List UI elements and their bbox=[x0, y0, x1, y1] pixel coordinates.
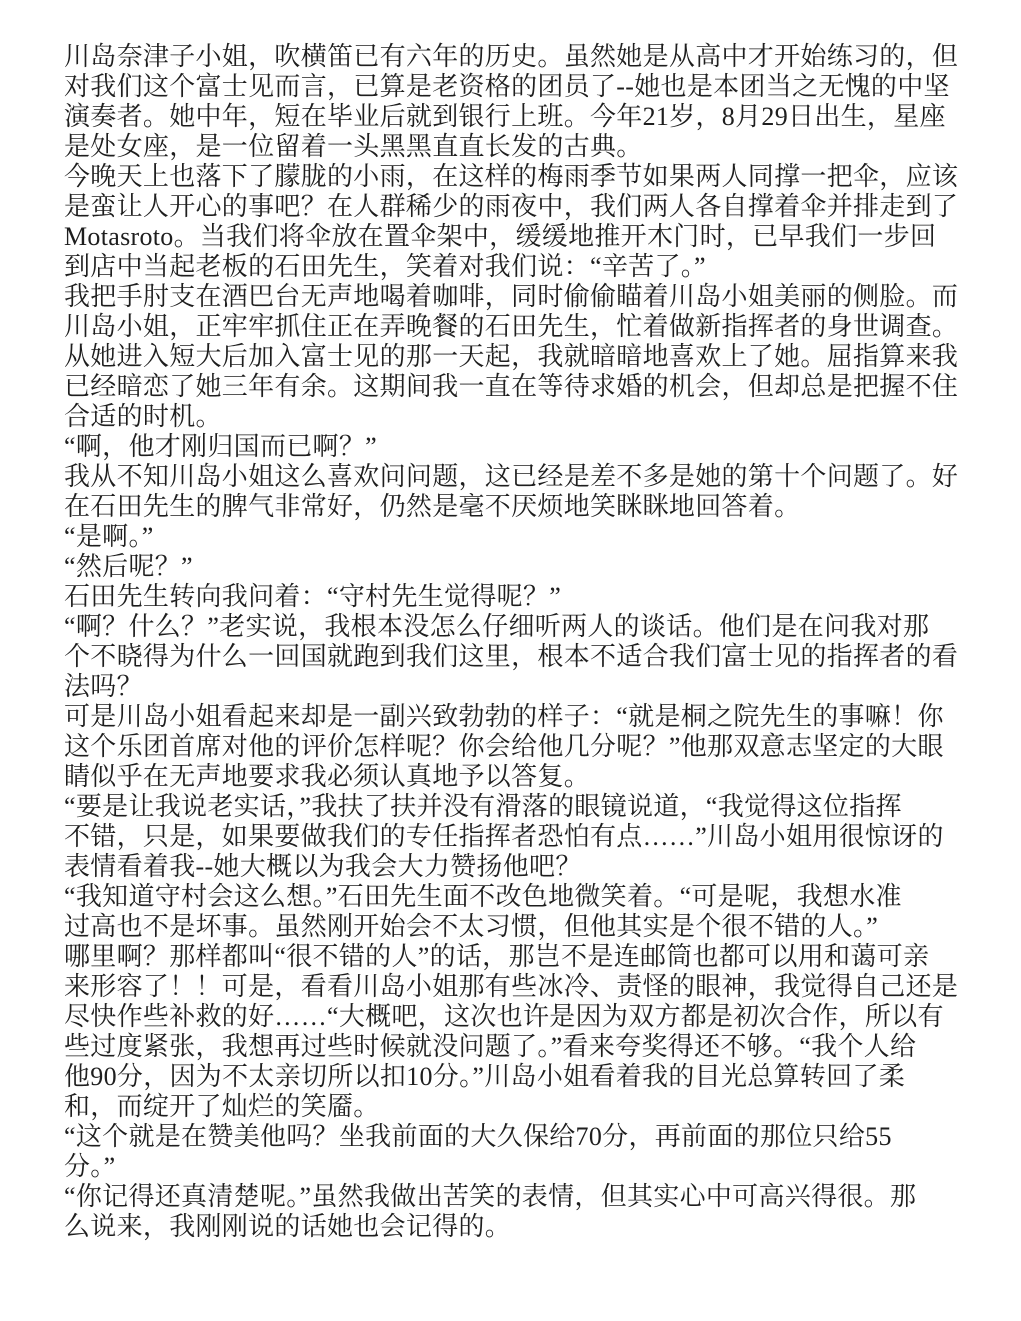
text-line: 在石田先生的脾气非常好，仍然是毫不厌烦地笑眯眯地回答着。 bbox=[64, 492, 963, 522]
text-line: 和，而绽开了灿烂的笑靥。 bbox=[64, 1092, 963, 1122]
text-line: 表情看着我--她大概以为我会大力赞扬他吧？ bbox=[64, 852, 963, 882]
text-line: “这个就是在赞美他吗？坐我前面的大久保给70分，再前面的那位只给55 bbox=[64, 1122, 963, 1152]
text-line: 法吗？ bbox=[64, 672, 963, 702]
text-line: 我从不知川岛小姐这么喜欢问问题，这已经是差不多是她的第十个问题了。好 bbox=[64, 462, 963, 492]
text-line: 可是川岛小姐看起来却是一副兴致勃勃的样子：“就是桐之院先生的事嘛！你 bbox=[64, 702, 963, 732]
text-line: 已经暗恋了她三年有余。这期间我一直在等待求婚的机会，但却总是把握不住 bbox=[64, 372, 963, 402]
text-line: 过高也不是坏事。虽然刚开始会不太习惯，但他其实是个很不错的人。” bbox=[64, 912, 963, 942]
text-line: 是处女座，是一位留着一头黑黑直直长发的古典。 bbox=[64, 132, 963, 162]
text-line: 合适的时机。 bbox=[64, 402, 963, 432]
text-line: 是蛮让人开心的事吧？在人群稀少的雨夜中，我们两人各自撑着伞并排走到了 bbox=[64, 192, 963, 222]
text-line: 个不晓得为什么一回国就跑到我们这里，根本不适合我们富士见的指挥者的看 bbox=[64, 642, 963, 672]
text-line: 到店中当起老板的石田先生，笑着对我们说：“辛苦了。” bbox=[64, 252, 963, 282]
text-line: “然后呢？” bbox=[64, 552, 963, 582]
document-page: 川岛奈津子小姐，吹横笛已有六年的历史。虽然她是从高中才开始练习的，但对我们这个富… bbox=[0, 0, 1021, 1321]
text-line: “是啊。” bbox=[64, 522, 963, 552]
text-line: 不错，只是，如果要做我们的专任指挥者恐怕有点……”川岛小姐用很惊讶的 bbox=[64, 822, 963, 852]
text-line: “我知道守村会这么想。”石田先生面不改色地微笑着。“可是呢，我想水准 bbox=[64, 882, 963, 912]
text-line: 我把手肘支在酒巴台无声地喝着咖啡，同时偷偷瞄着川岛小姐美丽的侧脸。而 bbox=[64, 282, 963, 312]
text-line: 对我们这个富士见而言，已算是老资格的团员了--她也是本团当之无愧的中坚 bbox=[64, 72, 963, 102]
text-line: 他90分，因为不太亲切所以扣10分。”川岛小姐看着我的目光总算转回了柔 bbox=[64, 1062, 963, 1092]
text-line: 睛似乎在无声地要求我必须认真地予以答复。 bbox=[64, 762, 963, 792]
text-line: 来形容了！！可是，看看川岛小姐那有些冰冷、责怪的眼神，我觉得自己还是 bbox=[64, 972, 963, 1002]
text-line: Motasroto。当我们将伞放在置伞架中，缓缓地推开木门时，已早我们一步回 bbox=[64, 222, 963, 252]
text-line: 哪里啊？那样都叫“很不错的人”的话，那岂不是连邮筒也都可以用和蔼可亲 bbox=[64, 942, 963, 972]
text-line: 川岛小姐，正牢牢抓住正在弄晚餐的石田先生，忙着做新指挥者的身世调查。 bbox=[64, 312, 963, 342]
text-line: 尽快作些补救的好……“大概吧，这次也许是因为双方都是初次合作，所以有 bbox=[64, 1002, 963, 1032]
text-line: 这个乐团首席对他的评价怎样呢？你会给他几分呢？”他那双意志坚定的大眼 bbox=[64, 732, 963, 762]
text-line: 演奏者。她中年，短在毕业后就到银行上班。今年21岁，8月29日出生，星座 bbox=[64, 102, 963, 132]
text-line: “啊，他才刚归国而已啊？” bbox=[64, 432, 963, 462]
text-line: 些过度紧张，我想再过些时候就没问题了。”看来夸奖得还不够。“我个人给 bbox=[64, 1032, 963, 1062]
text-line: 么说来，我刚刚说的话她也会记得的。 bbox=[64, 1212, 963, 1242]
text-line: “你记得还真清楚呢。”虽然我做出苦笑的表情，但其实心中可高兴得很。那 bbox=[64, 1182, 963, 1212]
text-line: “啊？什么？”老实说，我根本没怎么仔细听两人的谈话。他们是在问我对那 bbox=[64, 612, 963, 642]
text-line: 川岛奈津子小姐，吹横笛已有六年的历史。虽然她是从高中才开始练习的，但 bbox=[64, 42, 963, 72]
novel-text-block: 川岛奈津子小姐，吹横笛已有六年的历史。虽然她是从高中才开始练习的，但对我们这个富… bbox=[64, 42, 963, 1242]
text-line: “要是让我说老实话，”我扶了扶并没有滑落的眼镜说道，“我觉得这位指挥 bbox=[64, 792, 963, 822]
text-line: 今晚天上也落下了朦胧的小雨，在这样的梅雨季节如果两人同撑一把伞，应该 bbox=[64, 162, 963, 192]
text-line: 分。” bbox=[64, 1152, 963, 1182]
text-line: 从她进入短大后加入富士见的那一天起，我就暗暗地喜欢上了她。屈指算来我 bbox=[64, 342, 963, 372]
text-line: 石田先生转向我问着：“守村先生觉得呢？” bbox=[64, 582, 963, 612]
